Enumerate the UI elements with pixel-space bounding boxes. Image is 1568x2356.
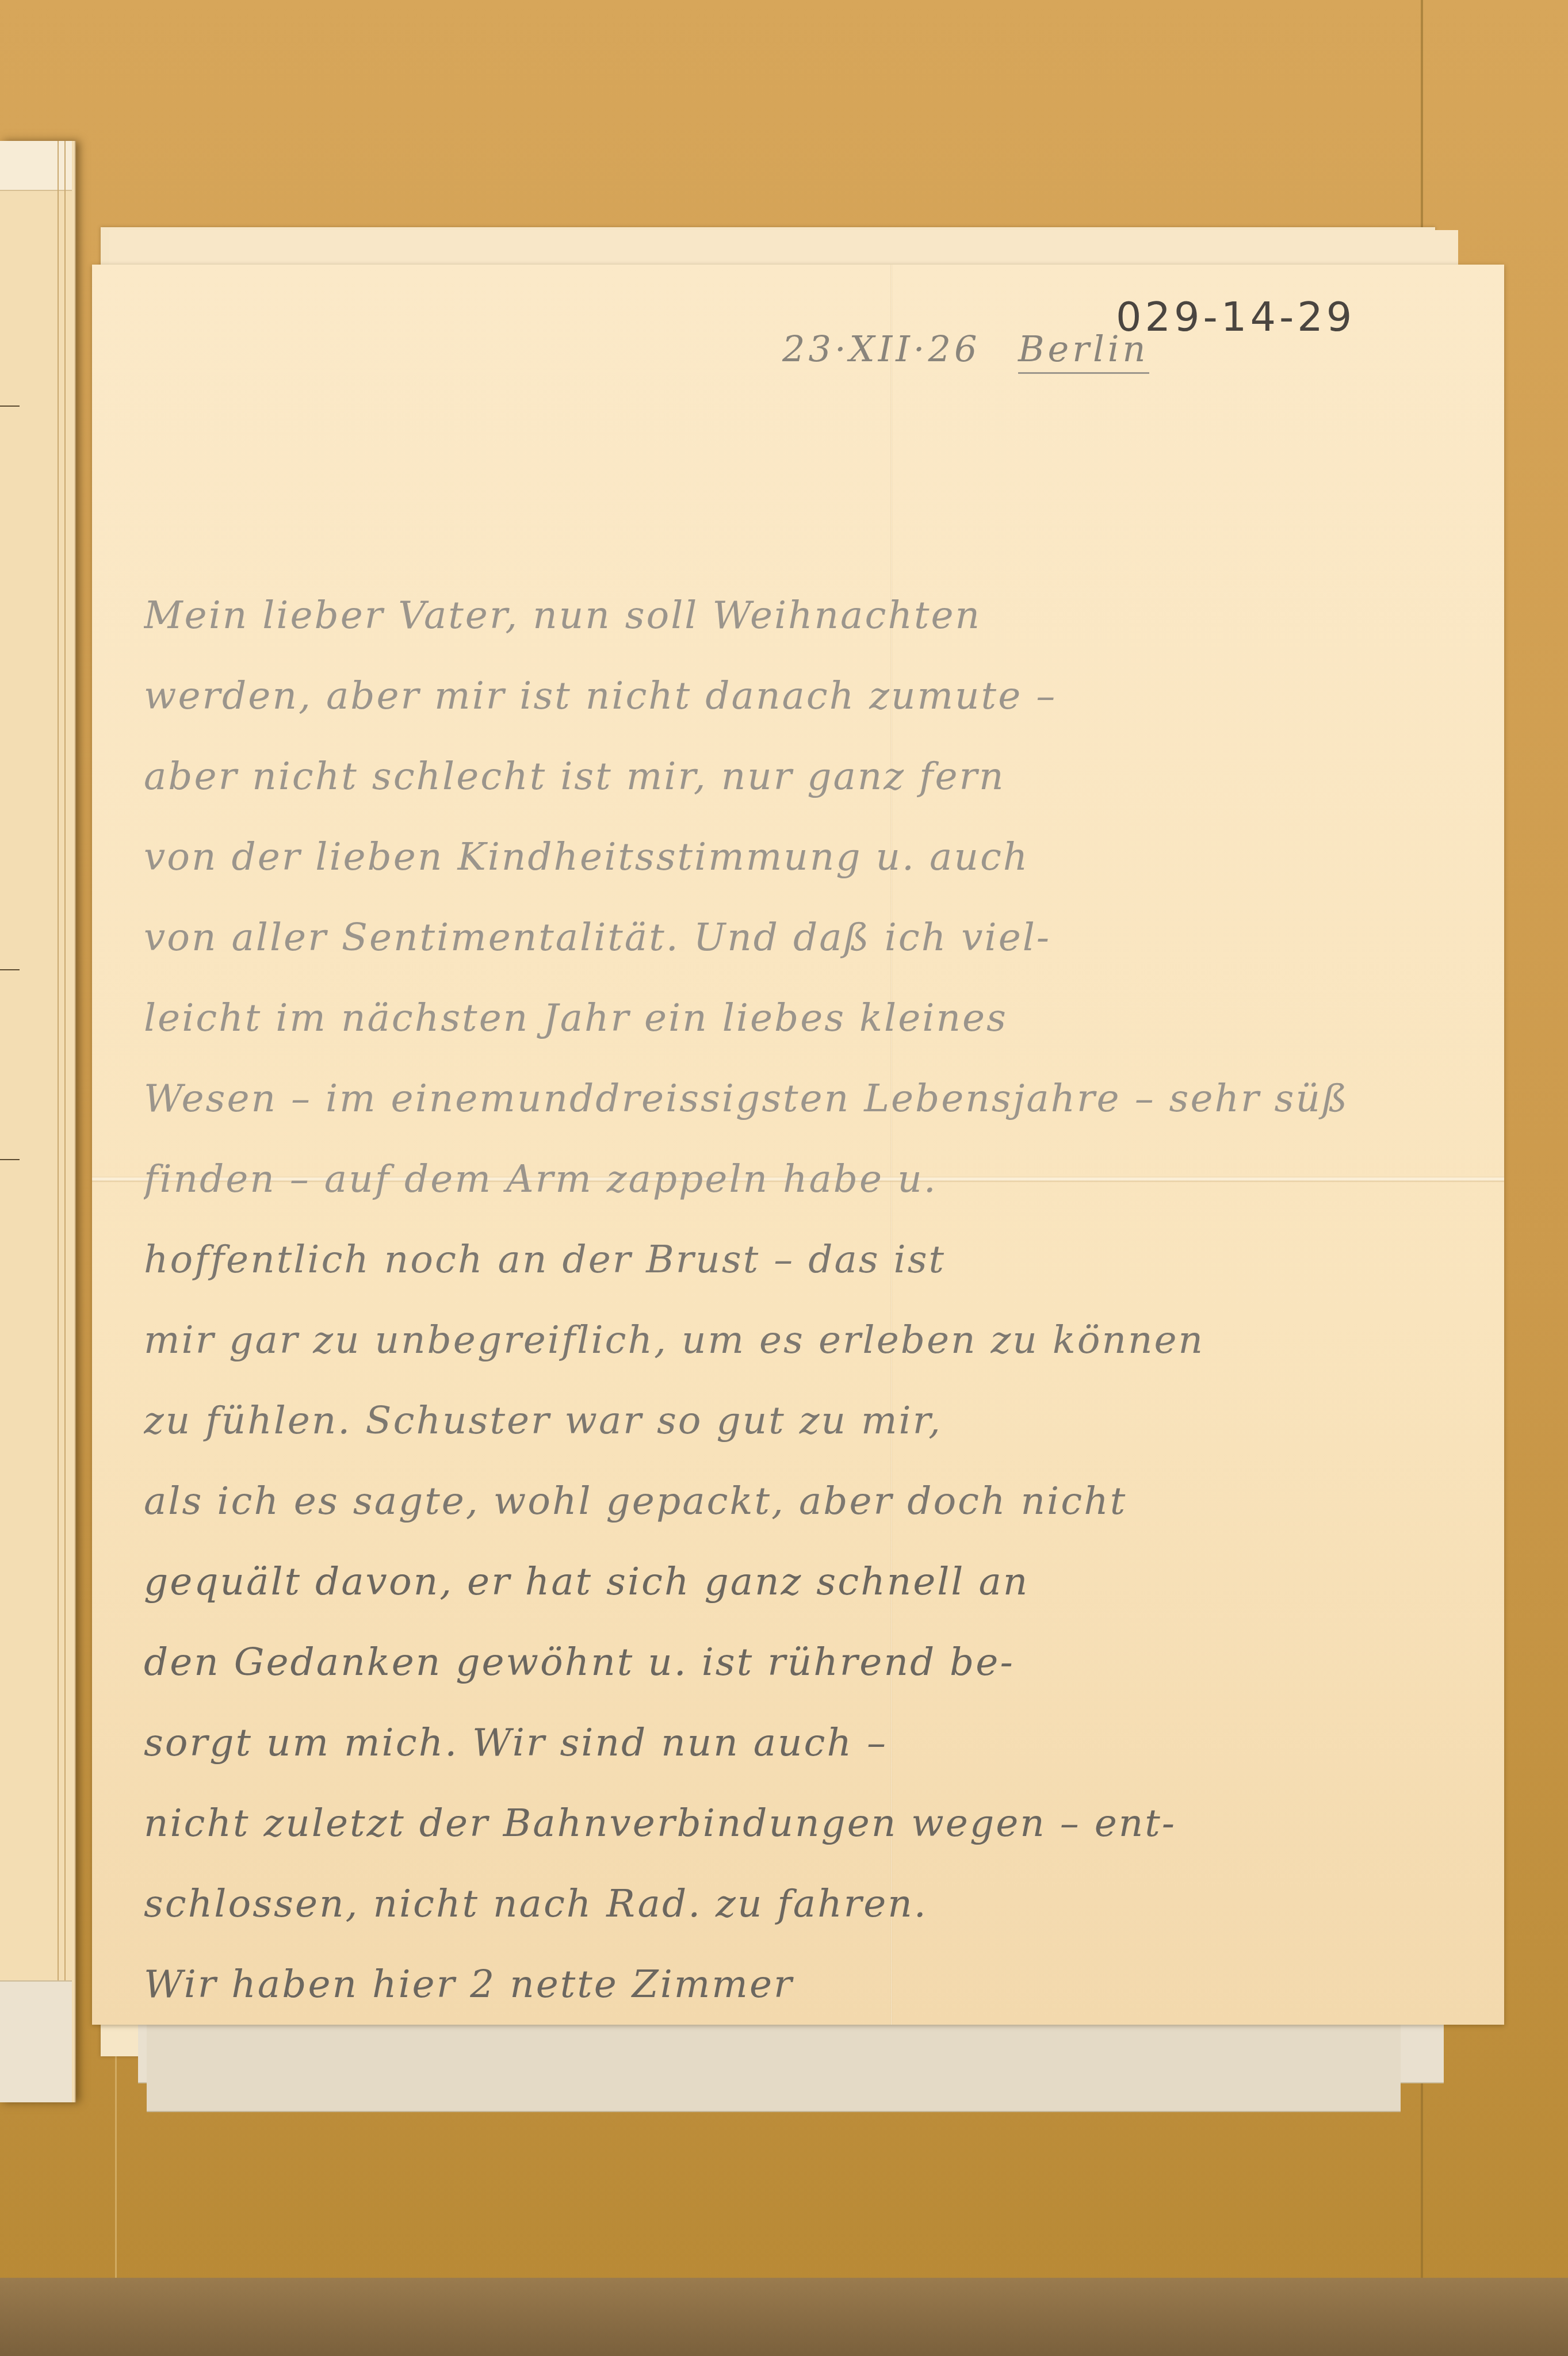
- table-surface: [0, 2278, 1568, 2356]
- stack-ruled-line: [0, 969, 20, 970]
- letter-line: den Gedanken gewöhnt u. ist rührend be-: [144, 1622, 1444, 1703]
- letter-line: hoffentlich noch an der Brust – das ist: [144, 1219, 1444, 1300]
- letter-dateline: 23·XII·26 Berlin: [782, 328, 1149, 370]
- letter-line: mir gar zu unbegreiflich, um es erleben …: [144, 1300, 1444, 1380]
- letter-line: werden, aber mir ist nicht danach zumute…: [144, 656, 1444, 736]
- letter-line: von aller Sentimentalität. Und daß ich v…: [144, 897, 1444, 978]
- letter-line: zu fühlen. Schuster war so gut zu mir,: [144, 1380, 1444, 1461]
- letter-line: Mein lieber Vater, nun soll Weihnachten: [144, 575, 1444, 656]
- archive-reference-number: 029-14-29: [1116, 293, 1355, 341]
- letter-line: von der lieben Kindheitsstimmung u. auch: [144, 817, 1444, 897]
- stack-ruled-line: [0, 1159, 20, 1160]
- handwritten-letter: 029-14-29 23·XII·26 Berlin Mein lieber V…: [92, 265, 1504, 2025]
- letter-date: 23·XII·26: [782, 328, 980, 370]
- stack-ruled-line: [0, 406, 20, 407]
- stack-sheet: [0, 141, 59, 2102]
- letter-place: Berlin: [1018, 328, 1149, 374]
- letter-back-page-edge: [109, 230, 1458, 266]
- letter-line: Wir haben hier 2 nette Zimmer: [144, 1944, 1444, 2025]
- letter-line: schlossen, nicht nach Rad. zu fahren.: [144, 1864, 1444, 1944]
- left-document-stack: [0, 141, 76, 2102]
- letter-line: leicht im nächsten Jahr ein liebes klein…: [144, 978, 1444, 1058]
- letter-body: Mein lieber Vater, nun soll Weihnachten …: [144, 575, 1444, 2025]
- letter-line: aber nicht schlecht ist mir, nur ganz fe…: [144, 736, 1444, 817]
- letter-line: finden – auf dem Arm zappeln habe u.: [144, 1139, 1444, 1219]
- letter-line: sorgt um mich. Wir sind nun auch –: [144, 1703, 1444, 1783]
- letter-line: als ich es sagte, wohl gepackt, aber doc…: [144, 1461, 1444, 1542]
- letter-line: gequält davon, er hat sich ganz schnell …: [144, 1542, 1444, 1622]
- letter-line: nicht zuletzt der Bahnverbindungen wegen…: [144, 1783, 1444, 1864]
- stack-bottom-block: [0, 1980, 72, 2102]
- letter-line: Wesen – im einemunddreissigsten Lebensja…: [144, 1058, 1444, 1139]
